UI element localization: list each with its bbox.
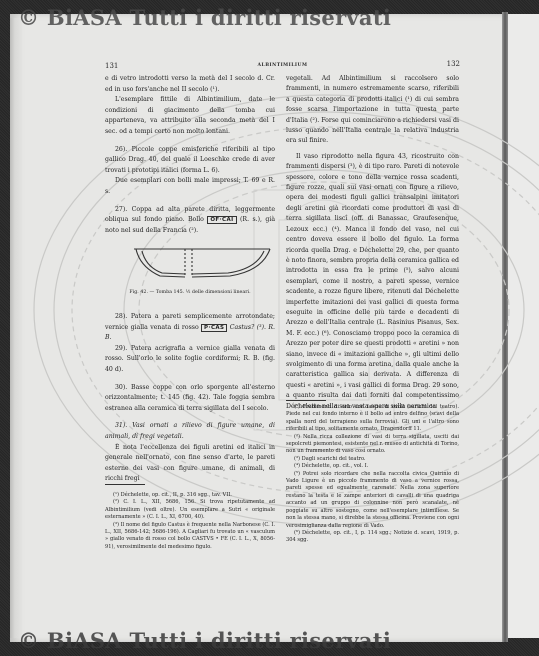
paragraph-heading: 31). Vasi ornati a rilievo di figure uma… — [105, 421, 275, 442]
page-edges — [10, 18, 22, 638]
footnote: (²) Nella ricca collezione di vasi di te… — [286, 434, 459, 456]
copyright-watermark-top: © BiASA Tutti i diritti riservati — [18, 5, 391, 30]
running-head: 131 ALBINTIMILIUM 132 — [105, 60, 460, 72]
paragraph: È nota l'eccellenza dei figuli aretini e… — [105, 443, 275, 485]
footnote-rule — [286, 400, 326, 401]
right-page-number: 132 — [447, 60, 460, 68]
left-column: e di vetro introdotti verso la metà del … — [105, 74, 275, 236]
left-column-continued: 28). Patera a pareti semplicemente arrot… — [105, 312, 275, 485]
paragraph: e di vetro introdotti verso la metà del … — [105, 74, 275, 95]
footnote-rule — [105, 484, 145, 485]
paragraph-27: 27). Coppa ad alta parete diritta, legge… — [105, 205, 275, 237]
footnote: (⁴) Déchelette, op. cit., vol. I. — [286, 463, 459, 470]
figure-caption: Fig. 42. — Tomba 145. ½ delle dimensioni… — [105, 290, 275, 295]
footnote: (³) Il nome del figulo Castus è frequent… — [105, 522, 275, 552]
right-column: vegetali. Ad Albintimilium si raccolsero… — [286, 74, 459, 412]
paragraph-28: 28). Patera a pareti semplicemente arrot… — [105, 312, 275, 344]
running-title: ALBINTIMILIUM — [105, 63, 460, 68]
footnote: (⁵) Potrei solo ricordare che nella racc… — [286, 471, 459, 530]
paragraph: 30). Basse coppe con orlo sporgente all'… — [105, 383, 275, 415]
left-footnotes: (¹) Déchelette, op. cit., II, p. 316 sgg… — [105, 492, 275, 551]
paragraph: 29). Patera acrigrafia a vernice gialla … — [105, 344, 275, 376]
footnote: (²) C. I. L., XII, 5686, 156. Si trova r… — [105, 499, 275, 521]
footnote: (¹) Frammenti di orlo con fascia di ovol… — [286, 404, 459, 434]
potter-stamp: OF·CAI — [207, 216, 236, 224]
figure-42-bowl-drawing — [130, 245, 275, 281]
paragraph: 26). Piccole coppe emisferiche riferibil… — [105, 145, 275, 177]
paragraph: Due esemplari con bolli male impressi; T… — [105, 176, 275, 197]
paragraph: Il vaso riprodotto nella figura 43, rico… — [286, 152, 459, 412]
footnote: (⁶) Déchelette, op. cit., I, p. 114 sgg.… — [286, 530, 459, 545]
next-page-edge — [508, 14, 539, 638]
paragraph: vegetali. Ad Albintimilium si raccolsero… — [286, 74, 459, 147]
potter-stamp: P·CAS — [201, 324, 227, 332]
paragraph: L'esemplare fittile di Albintimilium, da… — [105, 95, 275, 137]
copyright-watermark-bottom: © BiASA Tutti i diritti riservati — [18, 628, 391, 653]
right-footnotes: (¹) Frammenti di orlo con fascia di ovol… — [286, 404, 459, 545]
